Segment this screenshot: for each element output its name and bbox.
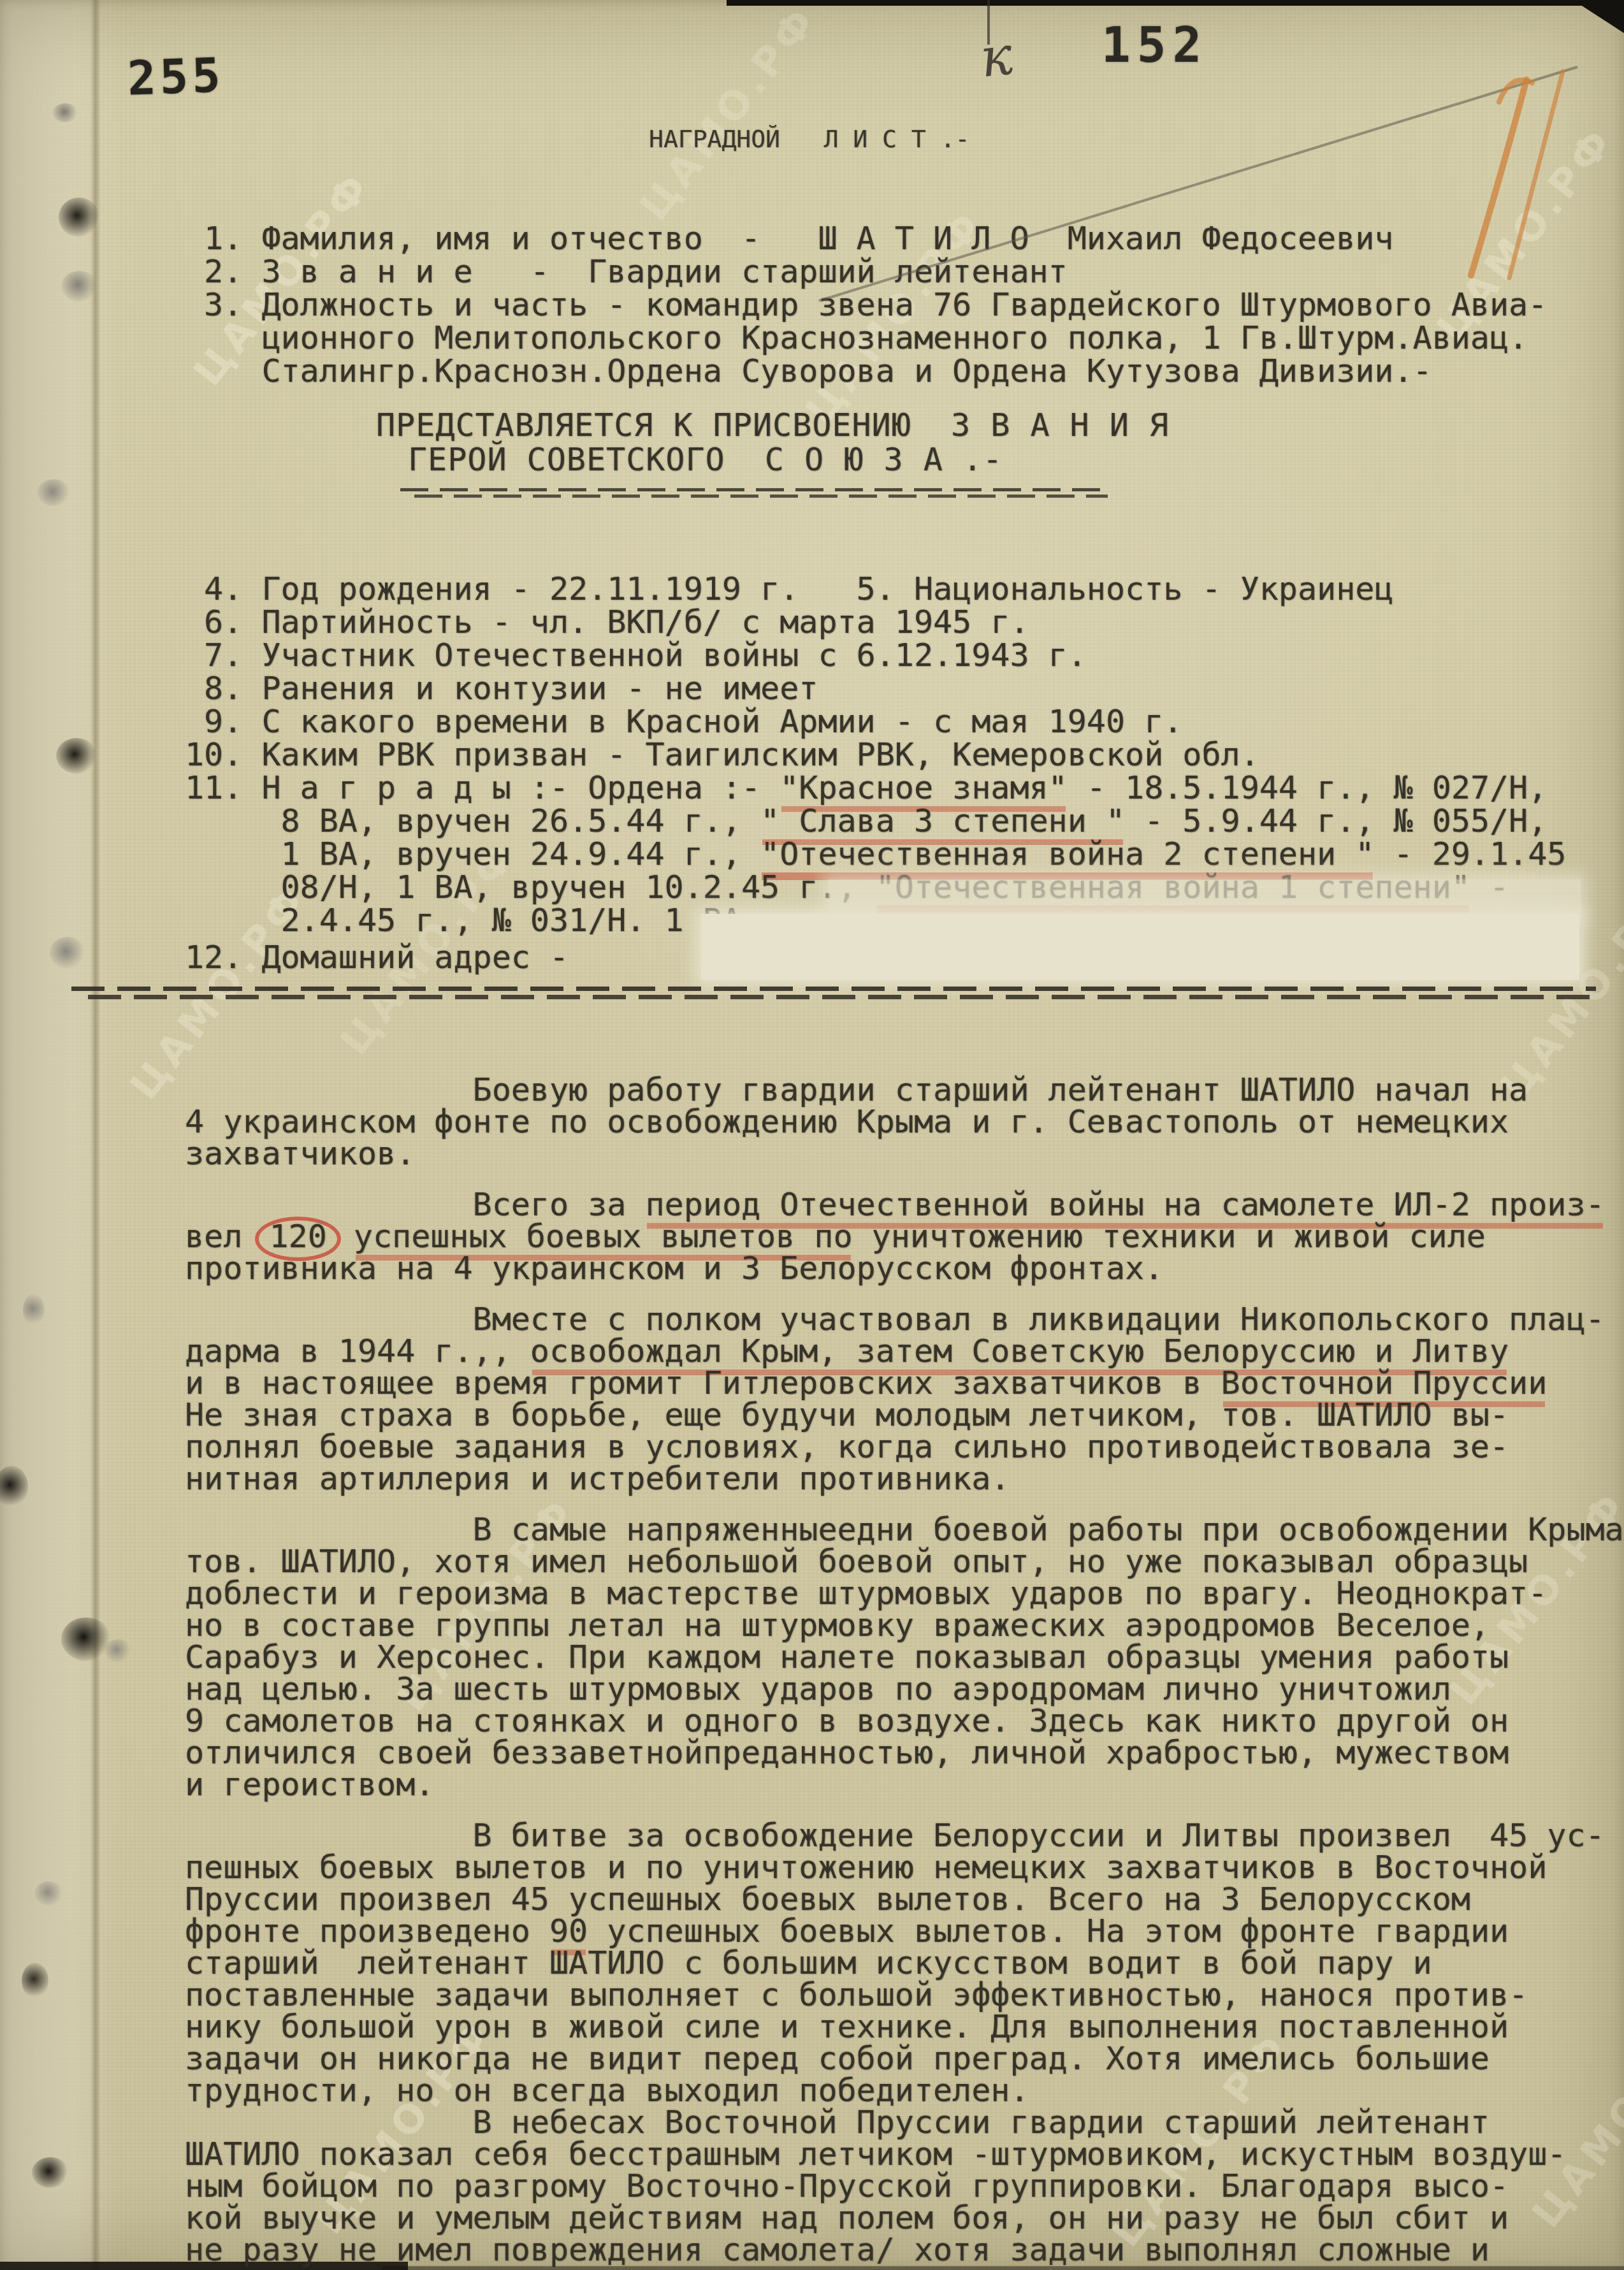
body-line: не разу не имел повреждения самолета/ хо…: [185, 2234, 1566, 2266]
awards-line: 1 ВА, вручен 24.9.44 г., "Отечественная …: [185, 837, 1566, 871]
dashed-underline: [400, 488, 1108, 498]
body-line: ШАТИЛО показал себя бесстрашным летчиком…: [185, 2138, 1566, 2170]
body-line: Сарабуз и Херсонес. При каждом налете по…: [185, 1641, 1624, 1673]
body-line: трудности, но он всегда выходил победите…: [185, 2074, 1605, 2106]
body-line: доблести и героизма в мастерстве штурмов…: [185, 1577, 1624, 1609]
paragraph-5: В битве за освобождение Белоруссии и Лит…: [185, 1819, 1605, 2106]
awards-line: 8 ВА, вручен 26.5.44 г., " Слава 3 степе…: [185, 804, 1566, 837]
orange-crayon-hook: [1499, 80, 1532, 102]
ink-blot: [61, 271, 98, 301]
awards-text: 8 ВА, вручен 26.5.44 г.,: [185, 802, 760, 839]
page-number-stamp: 152: [1101, 17, 1208, 73]
field-line: ционного Мелитопольского Краснознаменног…: [185, 321, 1547, 354]
field-line: 7. Участник Отечественной войны с 6.12.1…: [185, 639, 1566, 672]
presentation-heading: ПРЕДСТАВЛЯЕТСЯ К ПРИСВОЕНИЮ З В А Н И Я: [376, 409, 1169, 441]
paragraph-3: Вместе с полком участвовал в ликвидации …: [185, 1303, 1605, 1494]
award-glory-3: " Слава 3 степени ": [760, 802, 1125, 839]
paragraph-2: Всего за период Отечественной войны на с…: [185, 1189, 1605, 1284]
body-line: вел 120 успешных боевых вылетов по уничт…: [185, 1220, 1605, 1252]
body-line: В битве за освобождение Белоруссии и Лит…: [185, 1819, 1605, 1851]
scan-corner: [1573, 0, 1624, 33]
scan-edge-top: [727, 0, 1624, 6]
awards-text: 11. Н а г р а д ы :- Ордена :-: [185, 769, 779, 806]
award-sheet-scan: ЦАМО.РФ ЦАМО.РФ ЦАМО.РФ ЦАМО.РФ ЦАМО.РФ …: [0, 0, 1624, 2270]
body-line: над целью. За шесть штурмовых ударов по …: [185, 1673, 1624, 1705]
body-line: Вместе с полком участвовал в ликвидации …: [185, 1303, 1605, 1335]
body-line: 4 украинском фонте по освобождению Крыма…: [185, 1106, 1528, 1138]
ink-blot: [59, 198, 99, 237]
sheet-number-stamp: 255: [127, 48, 226, 106]
ink-blot: [56, 738, 97, 774]
field-line: 8. Ранения и контузии - не имеет: [185, 672, 1566, 705]
ink-blot: [32, 2157, 69, 2188]
body-line: задачи он никогда не видит перед собой п…: [185, 2042, 1605, 2074]
body-line: фронте произведено 90 успешных боевых вы…: [185, 1915, 1605, 1947]
redaction-block: [829, 879, 1581, 916]
pen-stroke: [987, 0, 990, 45]
heading-line: ГЕРОЙ СОВЕТСКОГО С О Ю З А .-: [408, 444, 1003, 475]
redaction-block: [701, 914, 1579, 980]
field-line: 3. Должность и часть - командир звена 76…: [185, 288, 1547, 321]
paragraph-1: Боевую работу гвардии старший лейтенант …: [185, 1074, 1528, 1169]
award-patriotic-war-2: "Отечественная война 2 степени ": [760, 835, 1374, 872]
identity-fields: 1. Фамилия, имя и отчество - Ш А Т И Л О…: [185, 222, 1547, 387]
ink-blot: [22, 1963, 48, 1999]
awards-text: - 18.5.1944 г., № 027/Н,: [1068, 769, 1548, 806]
body-line: пешных боевых вылетов и по уничтожению н…: [185, 1851, 1605, 1883]
field-line: Сталингр.Краснозн.Ордена Суворова и Орде…: [185, 354, 1547, 387]
presentation-heading2: ГЕРОЙ СОВЕТСКОГО С О Ю З А .-: [408, 444, 1003, 475]
ink-blot: [34, 1881, 64, 1905]
body-line: и в настоящее время громит Гитлеровских …: [185, 1367, 1605, 1399]
handwritten-letter: к: [977, 24, 1015, 90]
awards-text: - 5.9.44 г., № 055/Н,: [1125, 802, 1547, 839]
body-line: Боевую работу гвардии старший лейтенант …: [185, 1074, 1528, 1106]
field-line: 9. С какого времени в Красной Армии - с …: [185, 705, 1566, 738]
paragraph-4: В самые напряженныеедни боевой работы пр…: [185, 1514, 1624, 1800]
body-line: нитная артиллерия и истребители противни…: [185, 1463, 1605, 1494]
ink-blot: [52, 103, 79, 122]
body-line: 9 самолетов на стоянках и одного в возду…: [185, 1705, 1624, 1737]
ink-blot: [105, 1639, 131, 1662]
award-red-banner: "Красное знамя": [779, 769, 1068, 806]
body-line: тов. ШАТИЛО, хотя имел небольшой боевой …: [185, 1545, 1624, 1577]
paper-crease: [91, 0, 101, 2270]
body-line: но в составе группы летал на штурмовку в…: [185, 1609, 1624, 1641]
awards-text: - 29.1.45: [1374, 835, 1566, 872]
body-line: нику большой урон в живой силе и технике…: [185, 2011, 1605, 2042]
body-line: Всего за период Отечественной войны на с…: [185, 1189, 1605, 1220]
field-line: 2. З в а н и е - Гвардии старший лейтена…: [185, 255, 1547, 288]
body-line: старший лейтенант ШАТИЛО с большим искус…: [185, 1947, 1605, 1979]
ink-blot: [0, 1466, 28, 1508]
heading-line: ПРЕДСТАВЛЯЕТСЯ К ПРИСВОЕНИЮ З В А Н И Я: [376, 409, 1169, 441]
document-title: НАГРАДНОЙ Л И С Т .-: [649, 125, 969, 153]
ink-blot: [37, 479, 71, 506]
body-line: полнял боевые задания в условиях, когда …: [185, 1431, 1605, 1463]
body-line: кой выучке и умелым действиям над полем …: [185, 2202, 1566, 2234]
watermark: ЦАМО.РФ: [630, 0, 827, 229]
field-line: 6. Партийность - чл. ВКП/б/ с марта 1945…: [185, 605, 1566, 639]
body-line: дарма в 1944 г.,, освобождал Крым, затем…: [185, 1335, 1605, 1367]
body-line: и героиством.: [185, 1768, 1624, 1800]
ink-blot: [50, 937, 85, 969]
body-line: поставленные задачи выполняет с большой …: [185, 1979, 1605, 2011]
body-line: В небесах Восточной Пруссии гвардии стар…: [185, 2106, 1566, 2138]
awards-text: 08/Н, 1 ВА, вручен 10.2.45 г.,: [185, 869, 876, 906]
body-line: В самые напряженныеедни боевой работы пр…: [185, 1514, 1624, 1545]
awards-text: 1 ВА, вручен 24.9.44 г.,: [185, 835, 760, 872]
punch-hole: [61, 1617, 111, 1661]
body-line: Пруссии произвел 45 успешных боевых выле…: [185, 1883, 1605, 1915]
ink-blot: [23, 1294, 45, 1327]
field-line: 4. Год рождения - 22.11.1919 г. 5. Нацио…: [185, 572, 1566, 605]
field-line: 10. Каким РВК призван - Таигилским РВК, …: [185, 738, 1566, 771]
body-line: Не зная страха в борьбе, еще будучи моло…: [185, 1399, 1605, 1431]
body-line: противника на 4 украинском и 3 Белорусск…: [185, 1252, 1605, 1284]
section-separator: [71, 987, 1596, 1002]
body-line: захватчиков.: [185, 1138, 1528, 1169]
body-line: отличился своей беззаветнойпреданностью,…: [185, 1737, 1624, 1768]
paragraph-6: В небесах Восточной Пруссии гвардии стар…: [185, 2106, 1566, 2266]
field-line: 1. Фамилия, имя и отчество - Ш А Т И Л О…: [185, 222, 1547, 255]
body-line: ным бойцом по разгрому Восточно-Прусской…: [185, 2170, 1566, 2202]
awards-line: 11. Н а г р а д ы :- Ордена :- "Красное …: [185, 771, 1566, 804]
